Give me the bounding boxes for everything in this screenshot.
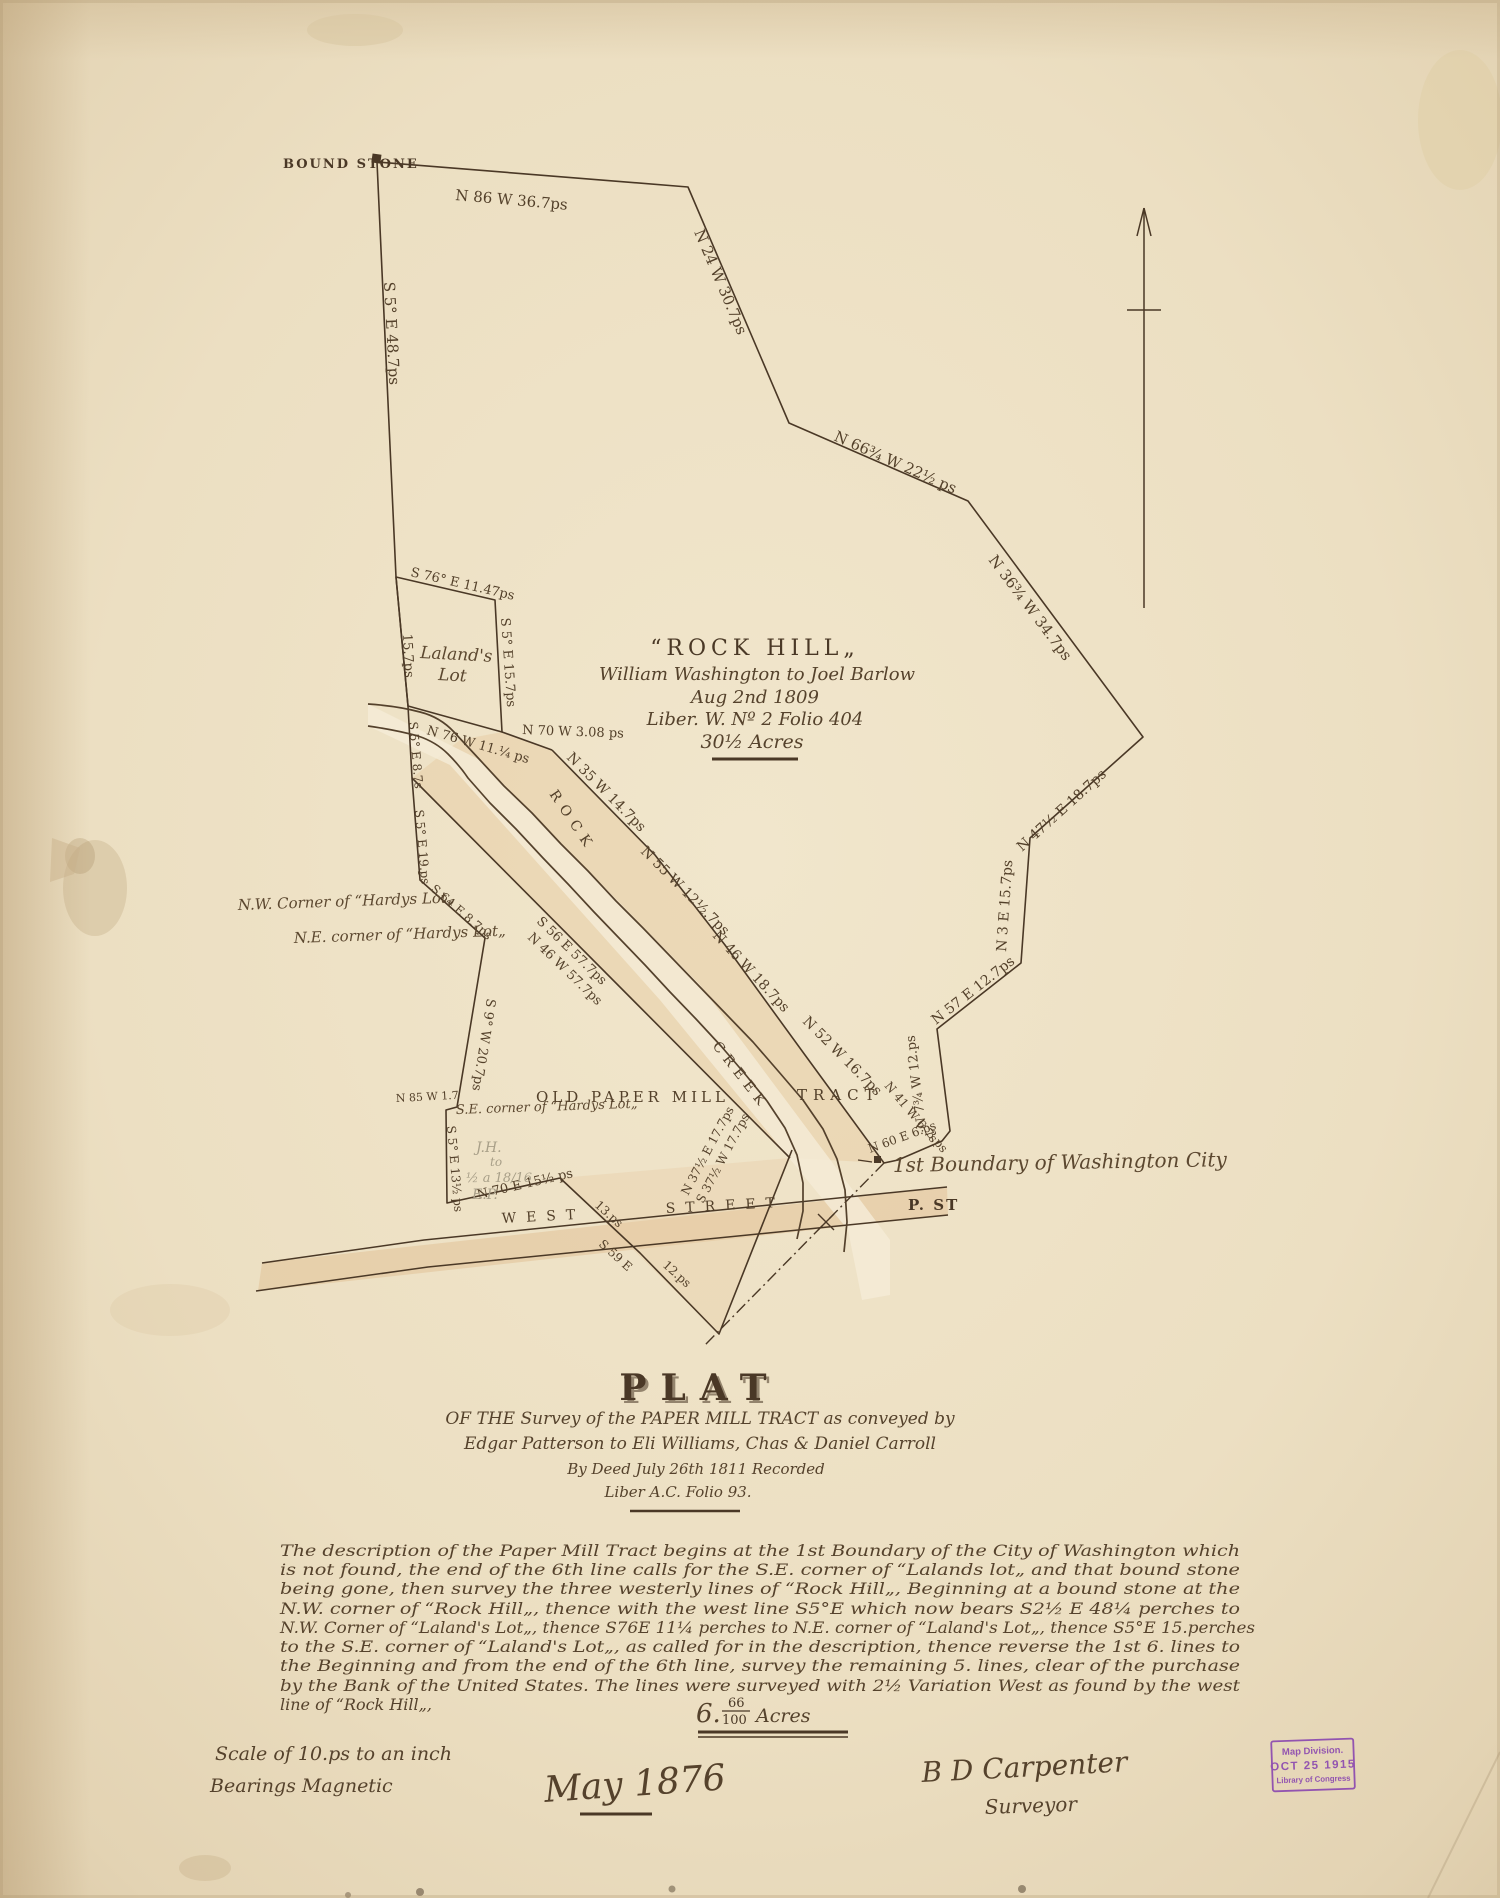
bearing-label: 15.7ps bbox=[399, 633, 416, 678]
description-line: is not found, the end of the 6th line ca… bbox=[280, 1560, 1240, 1579]
tract-label: TRACT bbox=[797, 1086, 881, 1104]
plat-title: PLAT bbox=[619, 1367, 780, 1409]
acreage-whole: 6. bbox=[696, 1699, 721, 1729]
pencil-note: to bbox=[490, 1155, 502, 1169]
plat-deed-date: By Deed July 26th 1811 Recorded bbox=[566, 1460, 824, 1478]
p-street-label: P. ST bbox=[908, 1196, 959, 1214]
acreage-unit: Acres bbox=[754, 1705, 811, 1727]
description-line: The description of the Paper Mill Tract … bbox=[280, 1541, 1240, 1560]
description-line: to the S.E. corner of “Laland's Lot„, as… bbox=[280, 1637, 1240, 1656]
lalands-lot-label: Laland's bbox=[419, 643, 493, 667]
description-line: being gone, then survey the three wester… bbox=[280, 1579, 1240, 1598]
bearings-note: Bearings Magnetic bbox=[209, 1775, 393, 1797]
description-line: line of “Rock Hill„, bbox=[280, 1695, 432, 1714]
scale-note: Scale of 10.ps to an inch bbox=[215, 1743, 452, 1765]
plat-subtitle: OF THE Survey of the PAPER MILL TRACT as… bbox=[445, 1409, 955, 1429]
conveyance-date: Aug 2nd 1809 bbox=[689, 687, 819, 708]
paper-spot bbox=[669, 1886, 676, 1893]
pencil-note: E.P. bbox=[471, 1187, 498, 1203]
pencil-note: ½ a 18/16 bbox=[466, 1171, 532, 1186]
acreage-rock-hill: 30½ Acres bbox=[700, 731, 803, 753]
stamp-division: Map Division. bbox=[1282, 1745, 1344, 1758]
description-line: by the Bank of the United States. The li… bbox=[280, 1676, 1241, 1695]
paper-stain bbox=[1418, 50, 1500, 190]
plat-map-svg: BOUND STONEN 86 W 36.7psN 24 W 30.7psN 6… bbox=[0, 0, 1500, 1898]
description-paragraph: The description of the Paper Mill Tract … bbox=[279, 1541, 1255, 1714]
conveyance-parties: William Washington to Joel Barlow bbox=[599, 664, 916, 685]
plat-liber: Liber A.C. Folio 93. bbox=[603, 1483, 751, 1501]
acreage-denominator: 100 bbox=[722, 1713, 747, 1728]
paper-stain bbox=[307, 14, 403, 46]
lalands-lot-label: Lot bbox=[437, 665, 468, 687]
acreage-numerator: 66 bbox=[728, 1696, 745, 1711]
surveyor-title: Surveyor bbox=[984, 1792, 1078, 1819]
paper-spot bbox=[416, 1888, 424, 1896]
bound-stone-label: BOUND STONE bbox=[283, 157, 419, 172]
plat-parties: Edgar Patterson to Eli Williams, Chas & … bbox=[463, 1434, 936, 1454]
description-line: the Beginning and from the end of the 6t… bbox=[280, 1656, 1240, 1675]
description-line: N.W. corner of “Rock Hill„, thence with … bbox=[279, 1599, 1240, 1618]
description-line: N.W. Corner of “Laland's Lot„, thence S7… bbox=[279, 1618, 1255, 1637]
old-paper-mill-label: OLD PAPER MILL bbox=[536, 1088, 729, 1106]
pencil-note: J.H. bbox=[473, 1140, 502, 1156]
first-boundary-marker bbox=[874, 1156, 881, 1163]
paper-spot bbox=[1018, 1885, 1026, 1893]
map-title: “ROCK HILL„ bbox=[650, 636, 860, 661]
paper-stain bbox=[110, 1284, 230, 1336]
plat-sheet: BOUND STONEN 86 W 36.7psN 24 W 30.7psN 6… bbox=[0, 0, 1500, 1898]
paper-stain bbox=[179, 1855, 231, 1881]
deed-reference: Liber. W. Nº 2 Folio 404 bbox=[646, 709, 864, 730]
